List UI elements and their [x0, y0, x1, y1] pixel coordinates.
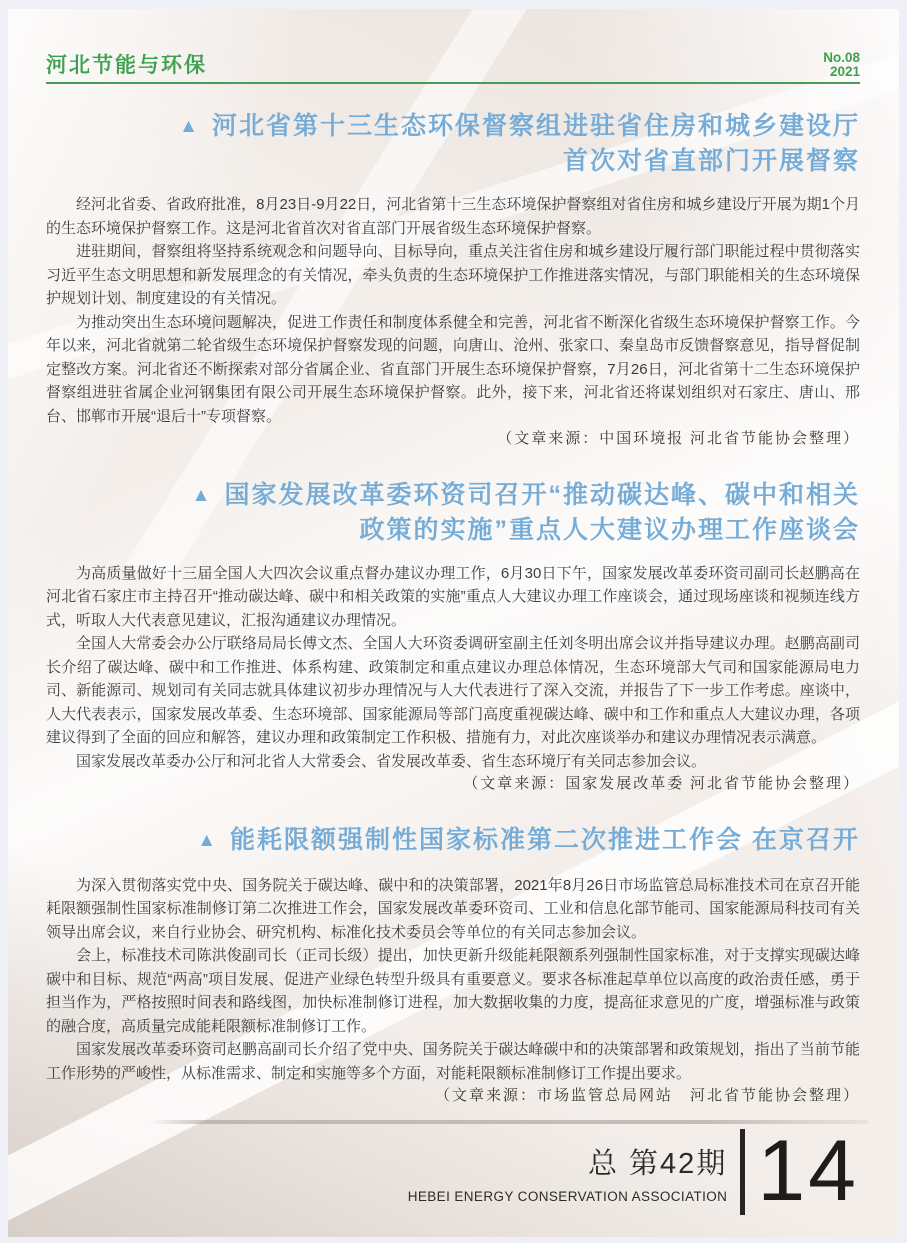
article-2-title-line-1: ▲国家发展改革委环资司召开“推动碳达峰、碳中和相关	[46, 479, 860, 514]
article-paragraph: 全国人大常委会办公厅联络局局长傅文杰、全国人大环资委调研室副主任刘冬明出席会议并…	[46, 632, 860, 750]
article-paragraph: 国家发展改革委环资司赵鹏高副司长介绍了党中央、国务院关于碳达峰碳中和的决策部署和…	[46, 1038, 860, 1085]
article-1-title: ▲河北省第十三生态环保督察组进驻省住房和城乡建设厅 首次对省直部门开展督察	[46, 110, 860, 178]
footer-vertical-bar	[740, 1129, 745, 1215]
article-2: ▲国家发展改革委环资司召开“推动碳达峰、碳中和相关 政策的实施”重点人大建议办理…	[46, 479, 860, 797]
article-paragraph: 为高质量做好十三届全国人大四次会议重点督办建议办理工作，6月30日下午，国家发展…	[46, 562, 860, 633]
masthead-title: 河北节能与环保	[46, 49, 207, 79]
association-name-en: HEBEI ENERGY CONSERVATION ASSOCIATION	[408, 1189, 728, 1204]
article-2-body: 为高质量做好十三届全国人大四次会议重点督办建议办理工作，6月30日下午，国家发展…	[46, 562, 860, 797]
article-1-body: 经河北省委、省政府批准，8月23日-9月22日，河北省第十三生态环境保护督察组对…	[46, 193, 860, 452]
article-paragraph: 会上，标准技术司陈洪俊副司长（正司长级）提出，加快更新升级能耗限额系列强制性国家…	[46, 944, 860, 1038]
article-3-body: 为深入贯彻落实党中央、国务院关于碳达峰、碳中和的决策部署，2021年8月26日市…	[46, 874, 860, 1109]
issue-number: No.08	[823, 51, 860, 65]
article-3-title-line-1: ▲能耗限额强制性国家标准第二次推进工作会 在京召开	[46, 824, 860, 859]
triangle-bullet-icon: ▲	[179, 116, 198, 137]
article-3-title: ▲能耗限额强制性国家标准第二次推进工作会 在京召开	[46, 824, 860, 859]
page-background: 河北节能与环保 No.08 2021 ▲河北省第十三生态环保督察组进驻省住房和城…	[8, 9, 899, 1237]
article-paragraph: 经河北省委、省政府批准，8月23日-9月22日，河北省第十三生态环境保护督察组对…	[46, 193, 860, 240]
article-source: （文章来源：国家发展改革委 河北省节能协会整理）	[46, 773, 860, 797]
article-1-title-line-2: 首次对省直部门开展督察	[46, 145, 860, 178]
article-3: ▲能耗限额强制性国家标准第二次推进工作会 在京召开 为深入贯彻落实党中央、国务院…	[46, 824, 860, 1109]
page-number: 14	[757, 1131, 859, 1213]
issue-block: No.08 2021	[823, 51, 860, 79]
article-source: （文章来源：中国环境报 河北省节能协会整理）	[46, 428, 860, 452]
article-paragraph: 进驻期间，督察组将坚持系统观念和问题导向、目标导向，重点关注省住房和城乡建设厅履…	[46, 240, 860, 311]
article-2-title-line-2: 政策的实施”重点人大建议办理工作座谈会	[46, 514, 860, 547]
article-2-title: ▲国家发展改革委环资司召开“推动碳达峰、碳中和相关 政策的实施”重点人大建议办理…	[46, 479, 860, 547]
masthead: 河北节能与环保 No.08 2021	[46, 49, 860, 84]
article-paragraph: 为深入贯彻落实党中央、国务院关于碳达峰、碳中和的决策部署，2021年8月26日市…	[46, 874, 860, 945]
magazine-page: { "masthead": { "title": "河北节能与环保", "iss…	[0, 0, 907, 1243]
triangle-bullet-icon: ▲	[192, 485, 211, 506]
footer: 总 第42期 HEBEI ENERGY CONSERVATION ASSOCIA…	[408, 1129, 859, 1215]
footer-issue-label: 总 第42期	[408, 1141, 728, 1182]
issue-year: 2021	[823, 65, 860, 79]
article-1-title-line-1: ▲河北省第十三生态环保督察组进驻省住房和城乡建设厅	[46, 110, 860, 145]
article-source: （文章来源：市场监管总局网站 河北省节能协会整理）	[46, 1085, 860, 1109]
article-paragraph: 为推动突出生态环境问题解决，促进工作责任和制度体系健全和完善，河北省不断深化省级…	[46, 311, 860, 429]
article-1: ▲河北省第十三生态环保督察组进驻省住房和城乡建设厅 首次对省直部门开展督察 经河…	[46, 110, 860, 452]
page-content: 河北节能与环保 No.08 2021 ▲河北省第十三生态环保督察组进驻省住房和城…	[8, 9, 899, 1109]
triangle-bullet-icon: ▲	[197, 830, 216, 851]
footer-text: 总 第42期 HEBEI ENERGY CONSERVATION ASSOCIA…	[408, 1141, 728, 1204]
article-paragraph: 国家发展改革委办公厅和河北省人大常委会、省发展改革委、省生态环境厅有关同志参加会…	[46, 750, 860, 774]
